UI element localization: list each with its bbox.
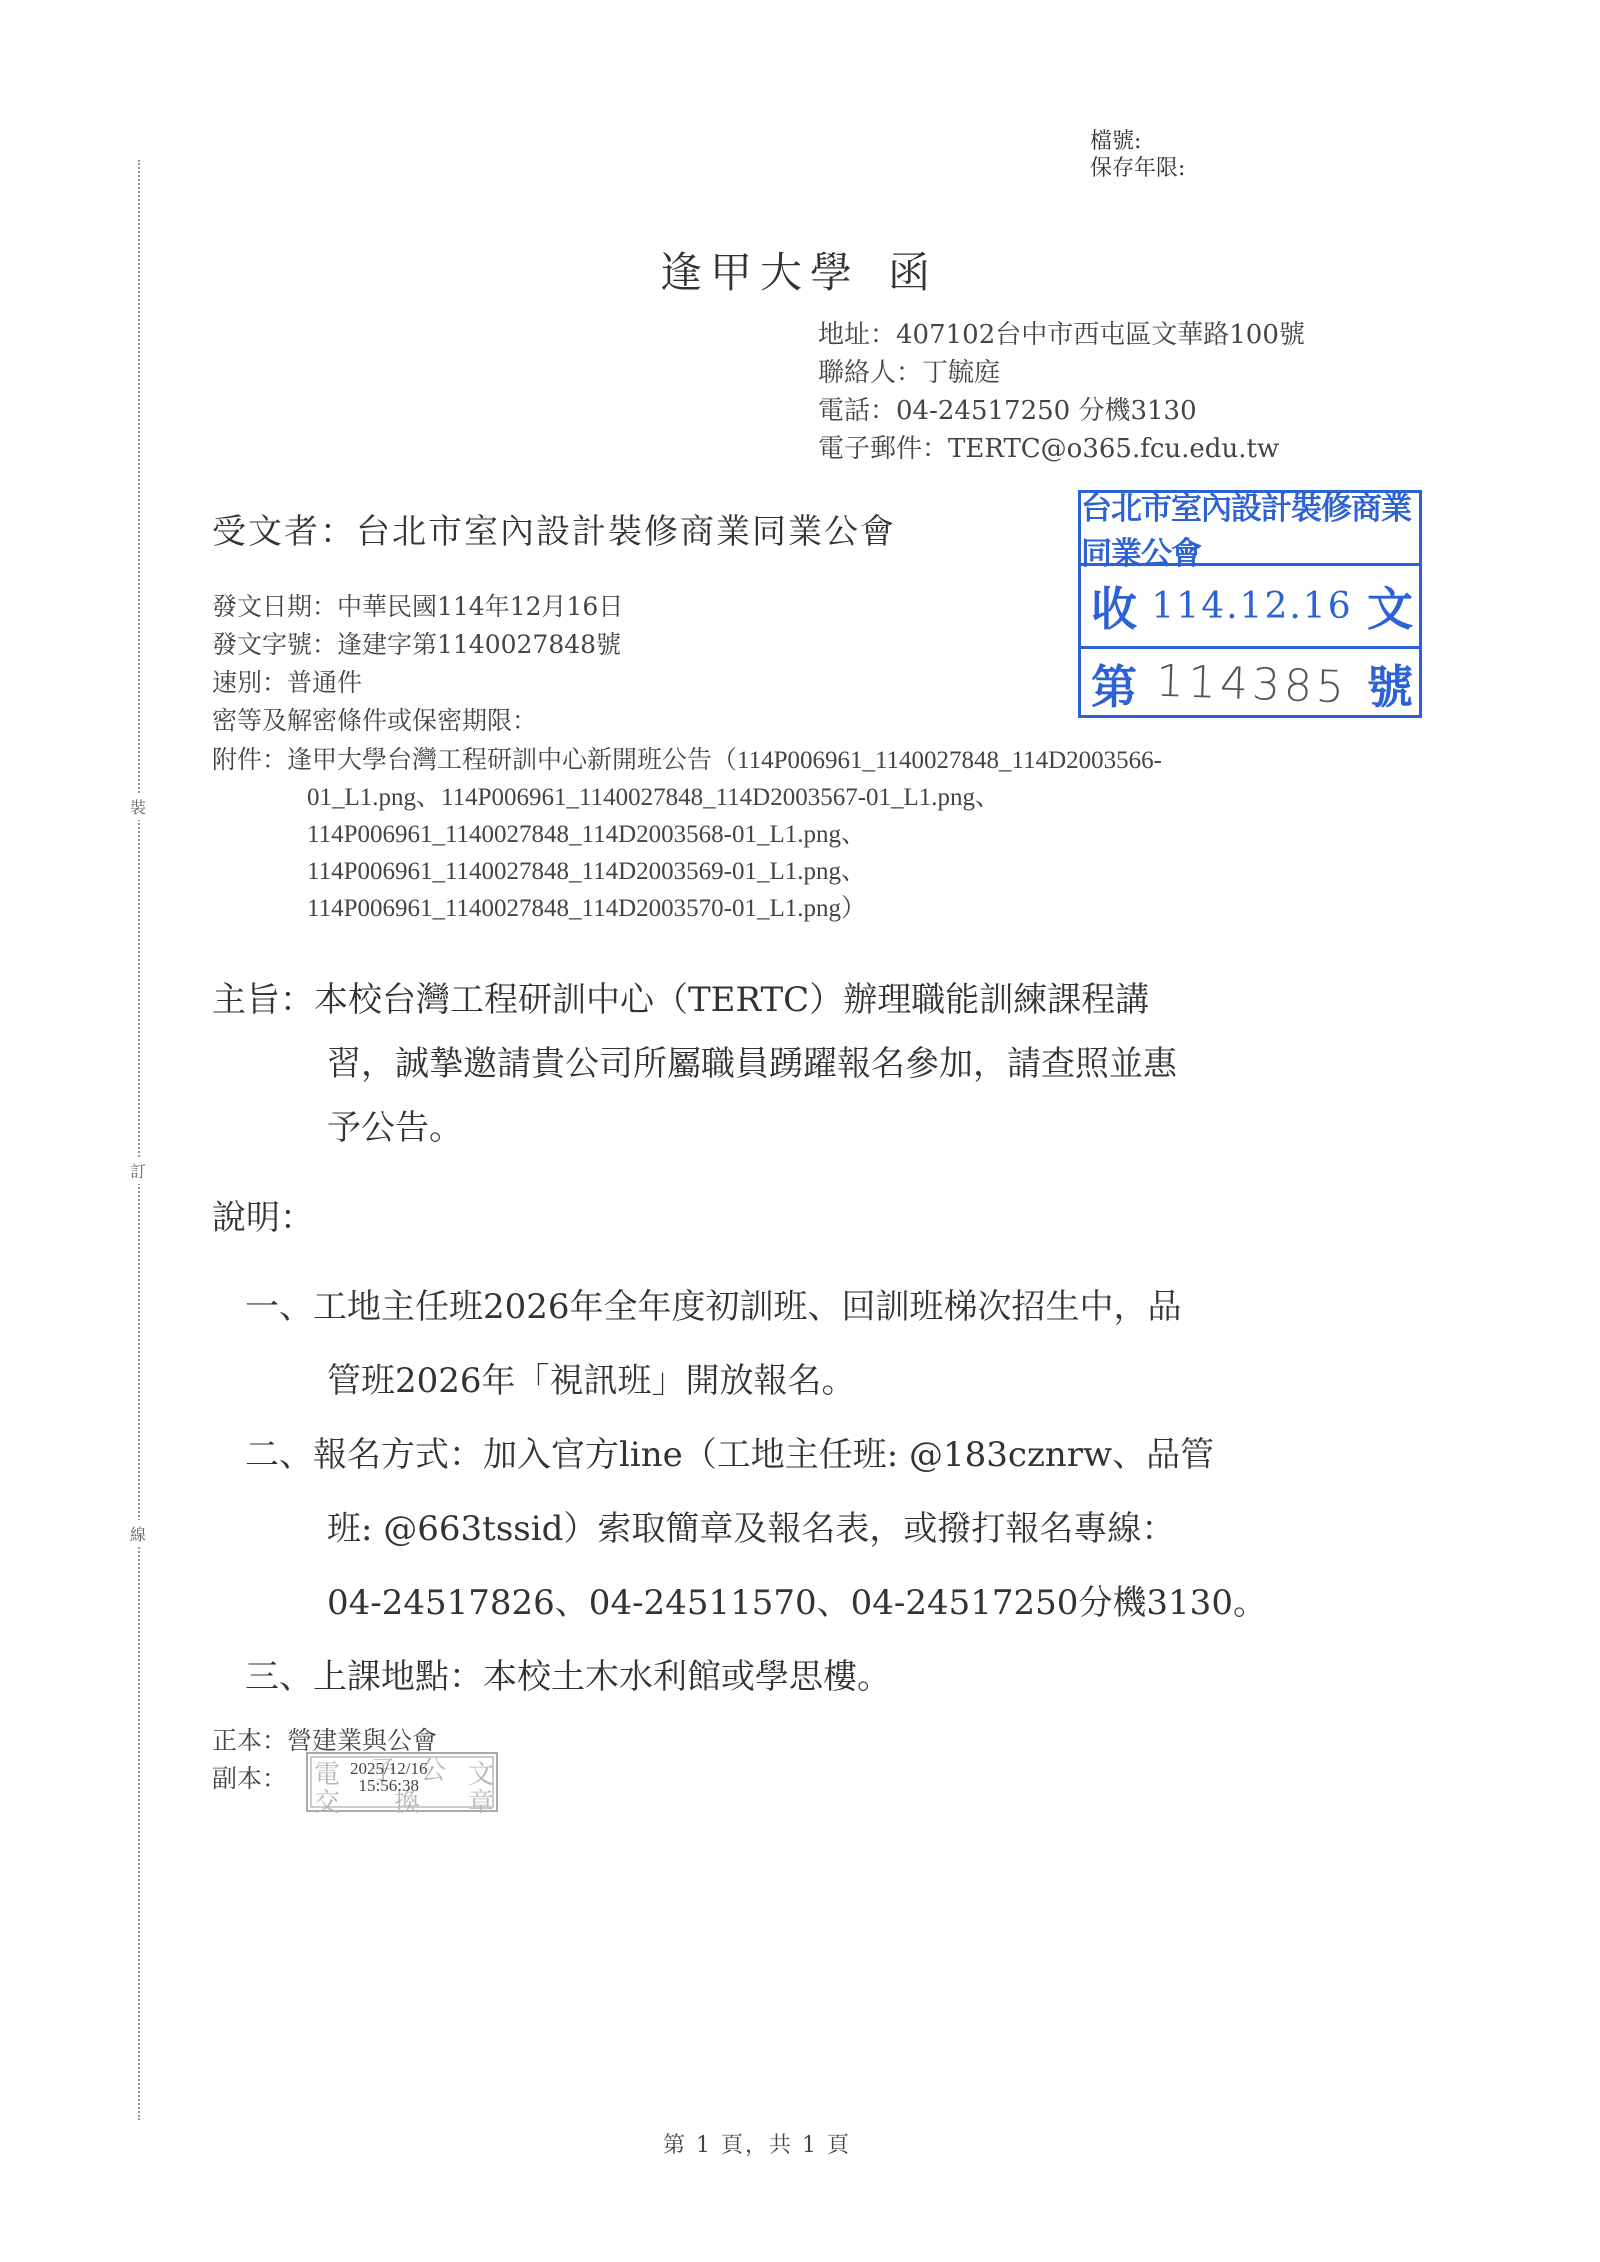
estamp-char: 交 [314, 1782, 340, 1819]
contact-block: 地址：407102台中市西屯區文華路100號 聯絡人：丁毓庭 電話：04-245… [818, 316, 1305, 468]
attachment-line: 附件：逢甲大學台灣工程研訓中心新開班公告（114P006961_11400278… [212, 742, 1162, 779]
doc-type: 函 [888, 248, 938, 297]
attachment-line: 114P006961_1140027848_114D2003568-01_L1.… [212, 816, 1162, 853]
binding-line [138, 160, 150, 2120]
subject: 主旨：本校台灣工程研訓中心（TERTC）辦理職能訓練課程講 習，誠摯邀請貴公司所… [212, 968, 1412, 1160]
attachment-line: 114P006961_1140027848_114D2003570-01_L1.… [212, 890, 1162, 927]
binding-char-zhuang: 裝 [130, 793, 146, 820]
item-line: 二、報名方式：加入官方line（工地主任班: @183cznrw、品管 [245, 1418, 1445, 1492]
retention-label: 保存年限: [1090, 155, 1185, 182]
explanation-header: 說明： [212, 1190, 314, 1239]
attachment-line: 114P006961_1140027848_114D2003569-01_L1.… [212, 853, 1162, 890]
issue-date: 發文日期：中華民國114年12月16日 [212, 588, 623, 626]
stamp-org: 台北市室內設計裝修商業同業公會 [1081, 493, 1419, 566]
stamp-no-char: 第 [1091, 651, 1137, 717]
item-line: 班: @663tssid）索取簡章及報名表，或撥打報名專線： [245, 1492, 1445, 1566]
phone: 電話：04-24517250 分機3130 [818, 392, 1305, 430]
item-line: 管班2026年「視訊班」開放報名。 [245, 1344, 1445, 1418]
stamp-recv-char: 收 [1091, 573, 1137, 639]
archive-info: 檔號: 保存年限: [1090, 128, 1185, 182]
estamp-date: 2025/12/16 [350, 1760, 427, 1777]
explanation-items: 一、工地主任班2026年全年度初訓班、回訓班梯次招生中，品 管班2026年「視訊… [245, 1270, 1445, 1714]
issuing-org: 逢甲大學 [660, 248, 860, 297]
stamp-date: 114.12.16 [1151, 586, 1352, 627]
subject-line: 主旨：本校台灣工程研訓中心（TERTC）辦理職能訓練課程講 [212, 968, 1412, 1032]
email: 電子郵件：TERTC@o365.fcu.edu.tw [818, 430, 1305, 468]
estamp-char: 章 [468, 1782, 494, 1819]
estamp-time: 15:56:38 [350, 1777, 427, 1794]
explanation-item: 三、上課地點：本校土木水利館或學思樓。 [245, 1640, 1445, 1714]
binding-char-xian: 線 [130, 1520, 146, 1547]
stamp-doc-char: 文 [1367, 573, 1413, 639]
document-title: 逢甲大學函 [660, 240, 938, 300]
priority: 速別：普通件 [212, 664, 623, 702]
attachments: 附件：逢甲大學台灣工程研訓中心新開班公告（114P006961_11400278… [212, 742, 1162, 927]
address: 地址：407102台中市西屯區文華路100號 [818, 316, 1305, 354]
attachment-line: 01_L1.png、114P006961_1140027848_114D2003… [212, 779, 1162, 816]
subject-line: 予公告。 [212, 1096, 1412, 1160]
stamp-handwritten-number: 114385 [1155, 655, 1349, 713]
item-line: 04-24517826、04-24511570、04-24517250分機313… [245, 1566, 1445, 1640]
document-meta: 發文日期：中華民國114年12月16日 發文字號：逢建字第1140027848號… [212, 588, 623, 740]
electronic-exchange-stamp: 電 子 公 文 交 換 章 2025/12/16 15:56:38 [306, 1752, 498, 1812]
stamp-number-row: 第 114385 號 [1081, 649, 1419, 719]
item-line: 一、工地主任班2026年全年度初訓班、回訓班梯次招生中，品 [245, 1270, 1445, 1344]
page-footer: 第 1 頁，共 1 頁 [663, 2128, 851, 2159]
stamp-hao-char: 號 [1367, 651, 1413, 717]
file-number-label: 檔號: [1090, 128, 1185, 155]
explanation-item: 二、報名方式：加入官方line（工地主任班: @183cznrw、品管 班: @… [245, 1418, 1445, 1640]
subject-line: 習，誠摯邀請貴公司所屬職員踴躍報名參加，請查照並惠 [212, 1032, 1412, 1096]
doc-number: 發文字號：逢建字第1140027848號 [212, 626, 623, 664]
contact-person: 聯絡人：丁毓庭 [818, 354, 1305, 392]
binding-char-ding: 訂 [130, 1157, 146, 1184]
explanation-item: 一、工地主任班2026年全年度初訓班、回訓班梯次招生中，品 管班2026年「視訊… [245, 1270, 1445, 1418]
stamp-date-row: 收 114.12.16 文 [1081, 566, 1419, 649]
classification: 密等及解密條件或保密期限： [212, 702, 623, 740]
estamp-timestamp: 2025/12/16 15:56:38 [350, 1760, 427, 1794]
recipient: 受文者：台北市室內設計裝修商業同業公會 [212, 504, 896, 553]
received-stamp: 台北市室內設計裝修商業同業公會 收 114.12.16 文 第 114385 號 [1078, 490, 1422, 718]
item-line: 三、上課地點：本校土木水利館或學思樓。 [245, 1640, 1445, 1714]
